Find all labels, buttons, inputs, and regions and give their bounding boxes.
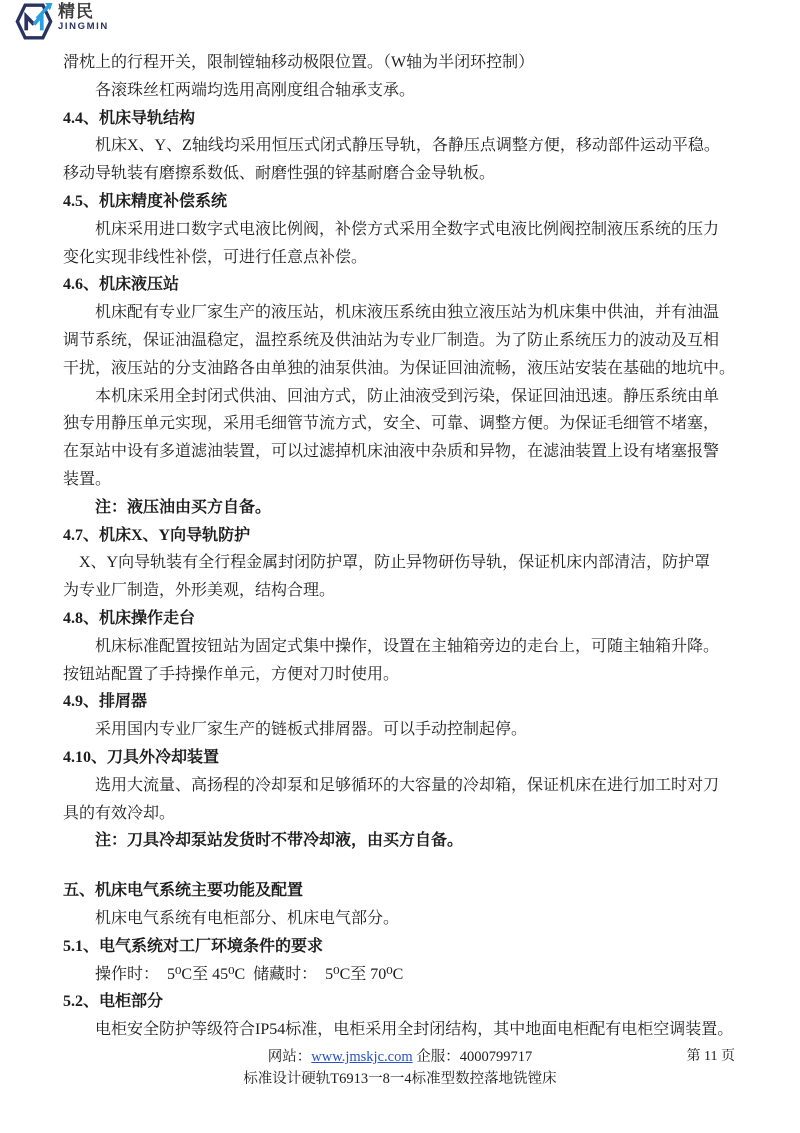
body-line: 独专用静压单元实现，采用毛细管节流方式，安全、可靠、调整方便。为保证毛细管不堵塞… xyxy=(63,410,741,438)
body-line: 干扰，液压站的分支油路各由单独的油泵供油。为保证回油流畅，液压站安装在基础的地坑… xyxy=(63,355,741,383)
body-line: 机床电气系统有电柜部分、机床电气部分。 xyxy=(63,905,741,933)
heading-4-7: 4.7、机床X、Y向导轨防护 xyxy=(63,522,741,550)
heading-4-8: 4.8、机床操作走台 xyxy=(63,605,741,633)
body-line: 机床配有专业厂家生产的液压站，机床液压系统由独立液压站为机床集中供油，并有油温 xyxy=(63,299,741,327)
body-line: 变化实现非线性补偿，可进行任意点补偿。 xyxy=(63,244,741,272)
body-line: 机床标准配置按钮站为固定式集中操作，设置在主轴箱旁边的走台上，可随主轴箱升降。 xyxy=(63,633,741,661)
section-gap xyxy=(63,855,741,877)
body-line: 为专业厂制造，外形美观，结构合理。 xyxy=(63,577,741,605)
heading-4-9: 4.9、排屑器 xyxy=(63,688,741,716)
page-footer: 网站：www.jmskjc.com 企服：4000799717 第 11 页 标… xyxy=(63,1046,737,1090)
body-line: 采用国内专业厂家生产的链板式排屑器。可以手动控制起停。 xyxy=(63,716,741,744)
heading-5-1: 5.1、电气系统对工厂环境条件的要求 xyxy=(63,933,741,961)
logo-name-en: JINGMIN xyxy=(58,22,109,32)
footer-contact-line: 网站：www.jmskjc.com 企服：4000799717 第 11 页 xyxy=(63,1046,737,1068)
body-line: 调节系统，保证油温稳定，温控系统及供油站为专业厂制造。为了防止系统压力的波动及互… xyxy=(63,327,741,355)
heading-5-2: 5.2、电柜部分 xyxy=(63,988,741,1016)
body-line: 机床X、Y、Z轴线均采用恒压式闭式静压导轨，各静压点调整方便，移动部件运动平稳。 xyxy=(63,132,741,160)
body-line: X、Y向导轨装有全行程金属封闭防护罩，防止异物研伤导轨，保证机床内部清洁，防护罩 xyxy=(63,549,741,577)
body-line: 按钮站配置了手持操作单元，方便对刀时使用。 xyxy=(63,661,741,689)
body-line: 各滚珠丝杠两端均选用高刚度组合轴承支承。 xyxy=(63,77,741,105)
heading-5: 五、机床电气系统主要功能及配置 xyxy=(63,877,741,905)
page-number: 第 11 页 xyxy=(687,1046,735,1068)
logo-name-cn: 精民 xyxy=(58,3,109,20)
heading-4-10: 4.10、刀具外冷却装置 xyxy=(63,744,741,772)
body-line: 本机床采用全封闭式供油、回油方式，防止油液受到污染，保证回油迅速。静压系统由单 xyxy=(63,383,741,411)
note-hydraulic-oil: 注：液压油由买方自备。 xyxy=(63,494,741,522)
body-line: 电柜安全防护等级符合IP54标准，电柜采用全封闭结构，其中地面电柜配有电柜空调装… xyxy=(63,1016,741,1044)
footer-site-label: 网站： xyxy=(268,1049,312,1065)
footer-website-link[interactable]: www.jmskjc.com xyxy=(311,1049,412,1065)
body-line: 选用大流量、高扬程的冷却泵和足够循环的大容量的冷却箱，保证机床在进行加工时对刀 xyxy=(63,772,741,800)
body-line: 机床采用进口数字式电液比例阀，补偿方式采用全数字式电液比例阀控制液压系统的压力 xyxy=(63,216,741,244)
body-line: 具的有效冷却。 xyxy=(63,800,741,828)
document-body: 滑枕上的行程开关，限制镗轴移动极限位置。（W轴为半闭环控制） 各滚珠丝杠两端均选… xyxy=(63,49,741,1044)
jingmin-logo-icon xyxy=(14,3,54,40)
body-line: 在泵站中设有多道滤油装置，可以过滤掉机床油液中杂质和异物，在滤油装置上设有堵塞报… xyxy=(63,438,741,466)
heading-4-6: 4.6、机床液压站 xyxy=(63,271,741,299)
body-line: 装置。 xyxy=(63,466,741,494)
jingmin-logo: 精民 JINGMIN xyxy=(14,3,109,40)
temperature-spec-line: 操作时： 5⁰C至 45⁰C 储藏时： 5⁰C至 70⁰C xyxy=(63,961,741,989)
body-line: 滑枕上的行程开关，限制镗轴移动极限位置。（W轴为半闭环控制） xyxy=(63,49,741,77)
footer-doc-title: 标准设计硬轨T6913一8一4标准型数控落地铣镗床 xyxy=(63,1068,737,1090)
heading-4-4: 4.4、机床导轨结构 xyxy=(63,105,741,133)
note-coolant: 注：刀具冷却泵站发货时不带冷却液，由买方自备。 xyxy=(63,827,741,855)
footer-service-label: 企服： xyxy=(413,1049,460,1065)
footer-service-phone: 4000799717 xyxy=(460,1049,533,1065)
body-line: 移动导轨装有磨擦系数低、耐磨性强的锌基耐磨合金导轨板。 xyxy=(63,160,741,188)
heading-4-5: 4.5、机床精度补偿系统 xyxy=(63,188,741,216)
